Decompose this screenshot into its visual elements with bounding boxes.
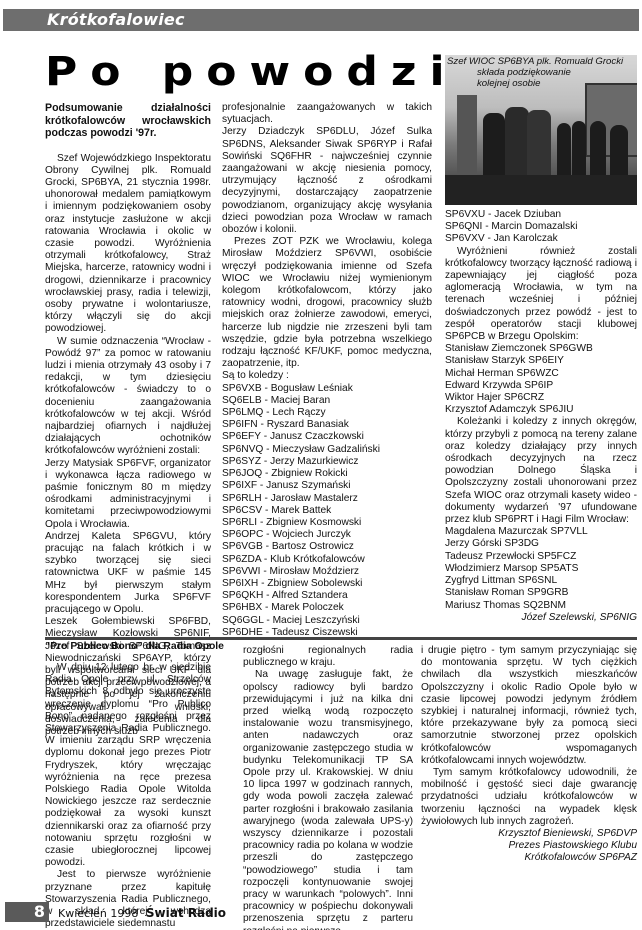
- photo-caption-line: Szef WIOC SP6BYA plk. Romuald Grocki: [447, 56, 623, 67]
- list-item: SQ6ELB - Maciej Baran: [222, 395, 432, 407]
- article-headline: Po powodzi: [45, 50, 458, 94]
- list-item: SP6VXU - Jacek Dziuban: [445, 209, 637, 221]
- section-header-bar: Krótkofalowiec: [3, 9, 639, 31]
- list-item: Stanisław Ziemczonek SP6GWB: [445, 343, 637, 355]
- article-lead: Podsumowanie działalności krótkofalowców…: [45, 102, 211, 140]
- list-item: SP6RLH - Jarosław Mastalerz: [222, 493, 432, 505]
- photo-caption-line: składa podziękowanie: [447, 67, 635, 78]
- paragraph: Wyróżnieni również zostali krótkofalowcy…: [445, 246, 637, 344]
- photo-person: [572, 121, 586, 183]
- box-signature-name: Krzysztof Bieniewski, SP6DVP: [421, 828, 637, 840]
- paragraph: i drugie piętro - tym samym przyczyniają…: [421, 645, 637, 767]
- list-item: SP6QNI - Marcin Domazalski: [445, 221, 637, 233]
- list-item: SP6EFY - Janusz Czaczkowski: [222, 431, 432, 443]
- ceremony-photo: Szef WIOC SP6BYA plk. Romuald Grocki skł…: [445, 55, 637, 205]
- list-item: SP6NVQ - Mieczysław Gadzaliński: [222, 444, 432, 456]
- box-signature-club: Krótkofalowców SP6PAZ: [421, 852, 637, 864]
- paragraph: Andrzej Kaleta SP6GVU, który pracując na…: [45, 531, 211, 616]
- list-item: SP6IFN - Ryszard Banasiak: [222, 419, 432, 431]
- list-item: SP6OPC - Wojciech Jurczyk: [222, 529, 432, 541]
- list-item: Edward Krzywda SP6IP: [445, 380, 637, 392]
- magazine-name: Świat Radio: [146, 906, 226, 920]
- list-item: Krzysztof Adamczyk SP6JIU: [445, 404, 637, 416]
- author-signature: Józef Szelewski, SP6NIG: [445, 612, 637, 624]
- list-item: SP6ZDA - Klub Krótkofalowców: [222, 554, 432, 566]
- list-item: SP6VGB - Bartosz Ostrowicz: [222, 541, 432, 553]
- box-signature-title: Prezes Piastowskiego Klubu: [421, 840, 637, 852]
- paragraph: W sumie odznaczenia “Wrocław - Powódź 97…: [45, 336, 211, 458]
- article-column-3: SP6VXU - Jacek Dziuban SP6QNI - Marcin D…: [445, 209, 637, 624]
- page-number-block: 8: [5, 902, 49, 922]
- paragraph: profesjonalnie zaangażowanych w takich s…: [222, 102, 432, 126]
- list-item: SP6SYZ - Jerzy Mazurkiewicz: [222, 456, 432, 468]
- list-item: Wiktor Hajer SP6CRZ: [445, 392, 637, 404]
- paragraph: Na uwagę zasługuje fakt, że opolscy radi…: [243, 669, 413, 930]
- list-item: Mariusz Thomas SQ2BNM: [445, 600, 637, 612]
- paragraph: W dniu 12 lutego br. w siedzibie Radia O…: [45, 662, 211, 869]
- list-item: Stanisław Starzyk SP6EIY: [445, 355, 637, 367]
- list-item: SQ6GGL - Maciej Leszczyński: [222, 615, 432, 627]
- list-item: SP6RLI - Zbigniew Kosmowski: [222, 517, 432, 529]
- list-item: Jerzy Górski SP3DG: [445, 538, 637, 550]
- list-item: Zygfryd Littman SP6SNL: [445, 575, 637, 587]
- box-column-3: i drugie piętro - tym samym przyczyniają…: [421, 645, 637, 865]
- paragraph: Koleżanki i koledzy z innych okręgów, kt…: [445, 416, 637, 526]
- list-item: SP6VWI - Mirosław Moździerz: [222, 566, 432, 578]
- list-item: Michał Herman SP6WZC: [445, 368, 637, 380]
- list-item: SP6JOQ - Zbigniew Rokicki: [222, 468, 432, 480]
- photo-door: [457, 95, 477, 175]
- list-item: SP6IXF - Janusz Szymański: [222, 480, 432, 492]
- list-item: Stanisław Roman SP9GRB: [445, 587, 637, 599]
- photo-caption-line: kolejnej osobie: [447, 78, 635, 89]
- list-item: SP6CSV - Marek Battek: [222, 505, 432, 517]
- section-title: Krótkofalowiec: [47, 10, 185, 29]
- photo-caption: Szef WIOC SP6BYA plk. Romuald Grocki skł…: [447, 56, 635, 89]
- honorees-list: SP6VXB - Bogusław Leśniak SQ6ELB - Macie…: [222, 383, 432, 639]
- box-column-1: W dniu 12 lutego br. w siedzibie Radia O…: [45, 662, 211, 930]
- paragraph: Prezes ZOT PZK we Wrocławiu, kolega Miro…: [222, 236, 432, 370]
- list-item: Tadeusz Przewłocki SP5FCZ: [445, 551, 637, 563]
- photo-person: [557, 123, 571, 183]
- photo-person: [590, 121, 606, 183]
- article-column-2: profesjonalnie zaangażowanych w takich s…: [222, 102, 432, 639]
- list-item: SP6HBX - Marek Poloczek: [222, 602, 432, 614]
- list-item: Włodzimierz Marsop SP5ATS: [445, 563, 637, 575]
- list-item: Magdalena Mazurczak SP7VLL: [445, 526, 637, 538]
- section-divider: [45, 637, 637, 640]
- paragraph: rozgłośni regionalnych radia publicznego…: [243, 645, 413, 669]
- page-footer: Kwiecień 1998 Świat Radio: [58, 906, 226, 920]
- photo-floor: [445, 175, 637, 205]
- paragraph: Jerzy Matysiak SP6FVF, organizator i wyk…: [45, 458, 211, 531]
- list-item: SP6LMQ - Lech Rączy: [222, 407, 432, 419]
- list-item: SP6VXV - Jan Karolczak: [445, 233, 637, 245]
- list-item: SP6IXH - Zbigniew Sobolewski: [222, 578, 432, 590]
- list-item: SP6VXB - Bogusław Leśniak: [222, 383, 432, 395]
- paragraph: Jerzy Dziadczyk SP6DLU, Józef Sulka SP6D…: [222, 126, 432, 236]
- box-column-2: rozgłośni regionalnych radia publicznego…: [243, 645, 413, 930]
- list-item: SP6QKH - Alfred Sztandera: [222, 590, 432, 602]
- paragraph: Jest to pierwsze wyróżnienie przyznane p…: [45, 869, 211, 930]
- page-number: 8: [34, 902, 45, 921]
- paragraph: Tym samym krótkofalowcy udowodnili, że m…: [421, 767, 637, 828]
- paragraph: Szef Wojewódzkiego Inspektoratu Obrony C…: [45, 153, 211, 336]
- box-headline: “Pro Publico Bono” dla Radia Opole: [45, 641, 224, 652]
- issue-date: Kwiecień 1998: [58, 907, 138, 920]
- paragraph: Są to koledzy :: [222, 370, 432, 382]
